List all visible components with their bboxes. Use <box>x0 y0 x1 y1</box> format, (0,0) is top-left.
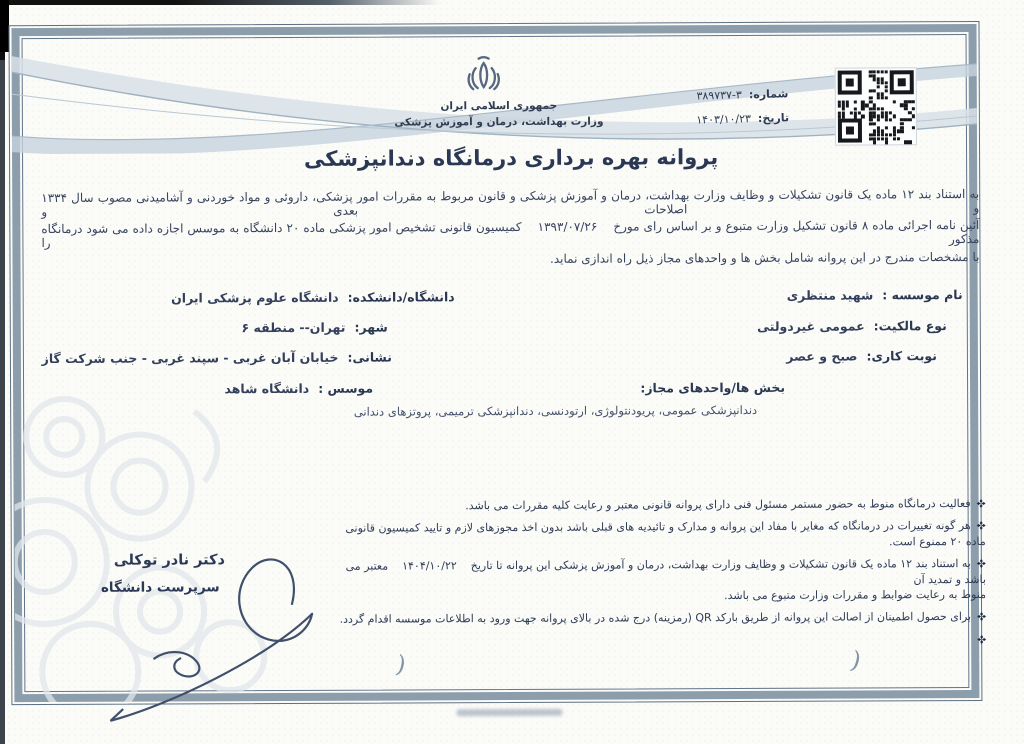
certificate: جمهوری اسلامی ایران وزارت بهداشت، درمان … <box>0 0 1024 744</box>
authorized-units-list: دندانپزشکی عمومی، پریودنتولوژی، ارتودنسی… <box>354 403 757 419</box>
serial-number-value: ۳-۳۸۹۷۳۷ <box>696 88 742 102</box>
certificate-title: پروانه بهره برداری درمانگاه دندانپزشکی <box>276 145 746 171</box>
four-diamond-bullet-icon <box>977 635 986 644</box>
scanned-certificate-page: جمهوری اسلامی ایران وزارت بهداشت، درمان … <box>0 0 1024 744</box>
serial-number-row: شماره:۳-۳۸۹۷۳۷ <box>636 87 788 104</box>
four-diamond-bullet-icon <box>977 559 986 568</box>
signatory-name: دکتر نادر توکلی <box>114 552 225 568</box>
qr-code-icon <box>835 67 917 145</box>
issue-date-value: ۱۴۰۳/۱۰/۲۳ <box>696 112 751 126</box>
signatory-title: سرپرست دانشگاه <box>101 579 220 596</box>
footnote: فعالیت درمانگاه منوط به حضور مستمر مسئول… <box>330 496 986 514</box>
serial-number-label: شماره: <box>749 87 789 101</box>
scan-smudge <box>456 709 562 716</box>
field-work-shift: نوبت کاری:صبح و عصر <box>786 348 937 364</box>
handwritten-signature <box>96 546 347 727</box>
field-ownership-type: نوع مالکیت:عمومی غیردولتی <box>757 318 947 334</box>
document-meta: شماره:۳-۳۸۹۷۳۷ تاریخ:۱۴۰۳/۱۰/۲۳ <box>636 87 789 139</box>
country-name: جمهوری اسلامی ایران <box>419 100 579 113</box>
footnote: هر گونه تغییرات در درمانگاه که مغایر با … <box>330 518 986 552</box>
footnote-empty <box>330 632 986 650</box>
four-diamond-bullet-icon <box>977 499 986 508</box>
four-diamond-bullet-icon <box>977 612 986 621</box>
issue-date-label: تاریخ: <box>758 111 789 125</box>
field-founder: موسس :دانشگاه شاهد <box>224 381 373 397</box>
footnote: برای حصول اطمینان از اصالت این پروانه از… <box>330 609 986 627</box>
qr-finder-icon <box>838 70 862 94</box>
qr-finder-icon <box>890 70 914 94</box>
iran-emblem-icon <box>463 55 505 103</box>
field-address: نشانی:خیابان آبان غربی - سپند غربی - جنب… <box>42 350 392 367</box>
four-diamond-bullet-icon <box>977 521 986 530</box>
ministry-name: وزارت بهداشت، درمان و آموزش پزشکی <box>394 116 604 129</box>
field-city: شهر:تهران-- منطقه ۶ <box>241 320 387 336</box>
footnotes: فعالیت درمانگاه منوط به حضور مستمر مسئول… <box>330 496 987 657</box>
body-paragraph-line: به استناد بند ۱۲ ماده یک قانون تشکیلات و… <box>41 187 979 219</box>
body-paragraph-line: آئین نامه اجرائی ماده ۸ قانون تشکیل وزار… <box>41 218 979 250</box>
issue-date-row: تاریخ:۱۴۰۳/۱۰/۲۳ <box>637 111 789 128</box>
qr-finder-icon <box>838 118 862 142</box>
field-institution-name: نام موسسه :شهید منتظری <box>787 287 963 303</box>
field-university: دانشگاه/دانشکده:دانشگاه علوم پزشکی ایران <box>171 289 455 305</box>
footnote: به استناد بند ۱۲ ماده یک قانون تشکیلات و… <box>330 556 986 605</box>
field-authorized-units-label: بخش ها/واحدهای مجاز: <box>631 380 785 396</box>
